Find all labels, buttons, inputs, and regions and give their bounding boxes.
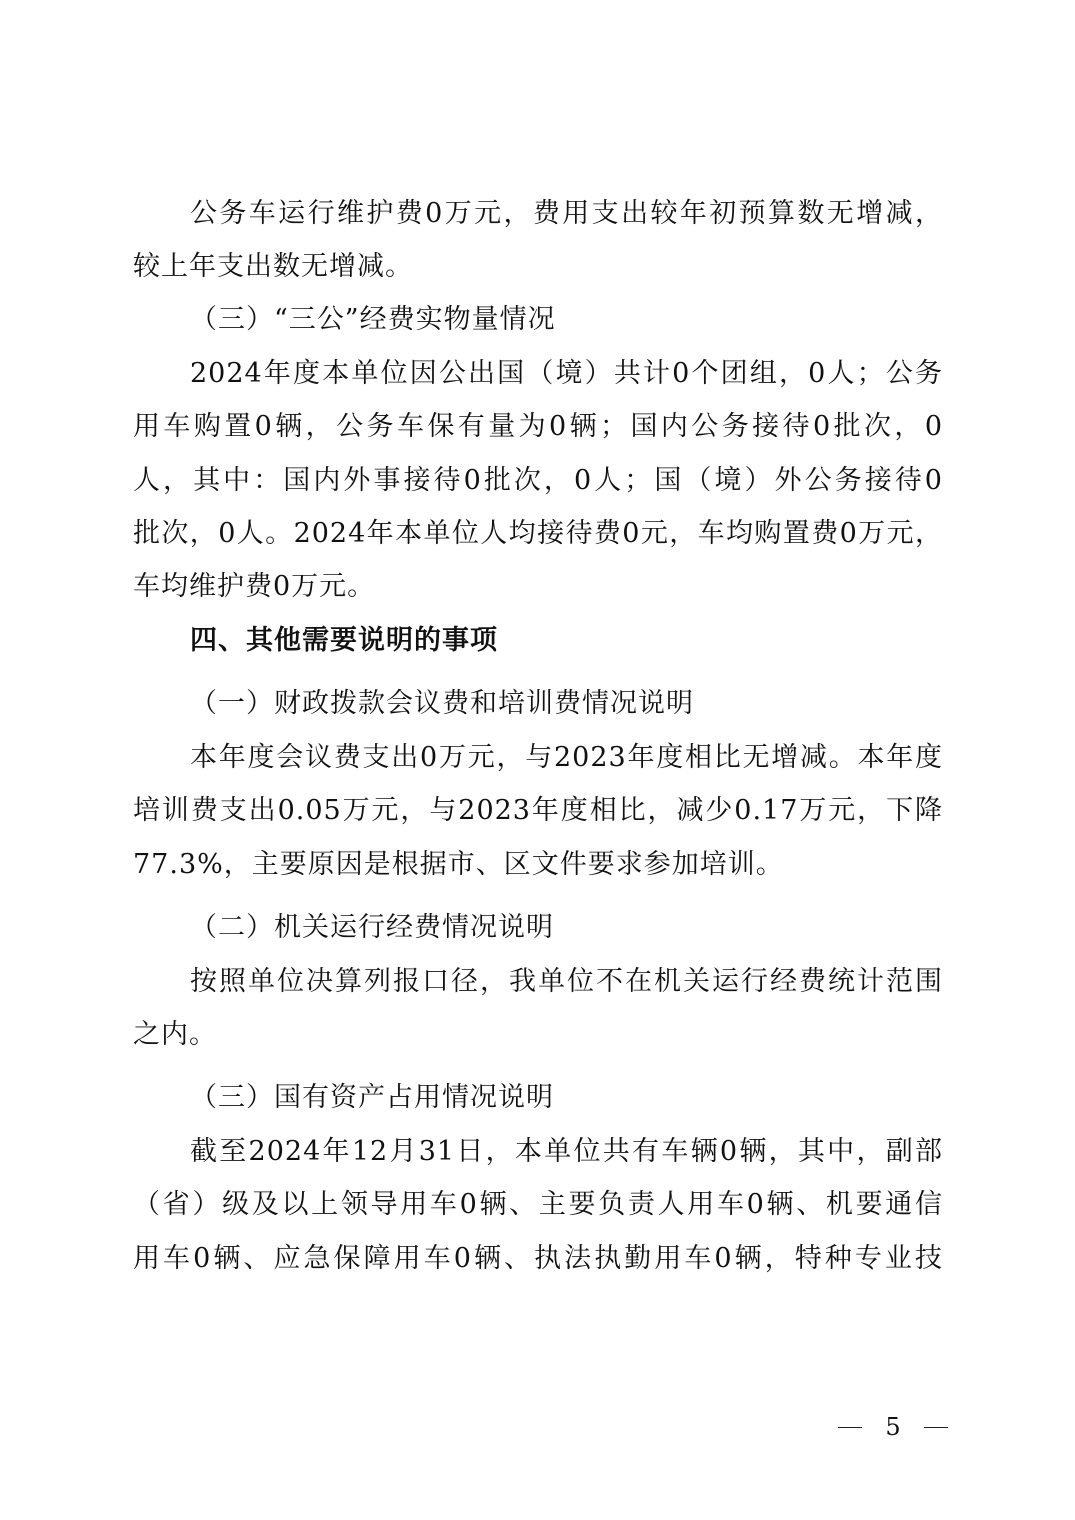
paragraph-line: 本年度会议费支出0万元，与2023年度相比无增减。本年度 bbox=[190, 741, 943, 775]
dash-right bbox=[924, 1427, 948, 1428]
section-heading-other-matters: 四、其他需要说明的事项 bbox=[190, 624, 943, 658]
paragraph-line: 截至2024年12月31日，本单位共有车辆0辆，其中，副部 bbox=[190, 1135, 943, 1169]
subheading-meeting-training: （一）财政拨款会议费和培训费情况说明 bbox=[190, 687, 943, 721]
paragraph-line: 公务车运行维护费0万元，费用支出较年初预算数无增减， bbox=[190, 197, 943, 231]
paragraph-line: 用车购置0辆，公务车保有量为0辆；国内公务接待0批次，0 bbox=[133, 410, 943, 444]
paragraph-line: 用车0辆、应急保障用车0辆、执法执勤用车0辆，特种专业技 bbox=[133, 1242, 943, 1276]
paragraph-line: 之内。 bbox=[133, 1018, 943, 1052]
page-number-value: 5 bbox=[885, 1413, 900, 1441]
paragraph-line: 按照单位决算列报口径，我单位不在机关运行经费统计范围 bbox=[190, 965, 943, 999]
paragraph-line: 人，其中：国内外事接待0批次，0人；国（境）外公务接待0 bbox=[133, 464, 943, 498]
paragraph-line: 批次，0人。2024年本单位人均接待费0元，车均购置费0万元， bbox=[133, 517, 943, 551]
subheading-sangong-physical: （三）“三公”经费实物量情况 bbox=[190, 303, 943, 337]
paragraph-line: 培训费支出0.05万元，与2023年度相比，减少0.17万元，下降 bbox=[133, 794, 943, 828]
subheading-state-assets: （三）国有资产占用情况说明 bbox=[190, 1081, 943, 1115]
paragraph-line: （省）级及以上领导用车0辆、主要负责人用车0辆、机要通信 bbox=[133, 1188, 943, 1222]
paragraph-line: 车均维护费0万元。 bbox=[133, 570, 943, 604]
dash-left bbox=[838, 1427, 862, 1428]
page-number: 5 bbox=[838, 1413, 948, 1441]
paragraph-line: 较上年支出数无增减。 bbox=[133, 250, 943, 284]
paragraph-line: 77.3%，主要原因是根据市、区文件要求参加培训。 bbox=[133, 848, 943, 882]
paragraph-line: 2024年度本单位因公出国（境）共计0个团组，0人；公务 bbox=[190, 357, 943, 391]
subheading-operating-expenses: （二）机关运行经费情况说明 bbox=[190, 911, 943, 945]
